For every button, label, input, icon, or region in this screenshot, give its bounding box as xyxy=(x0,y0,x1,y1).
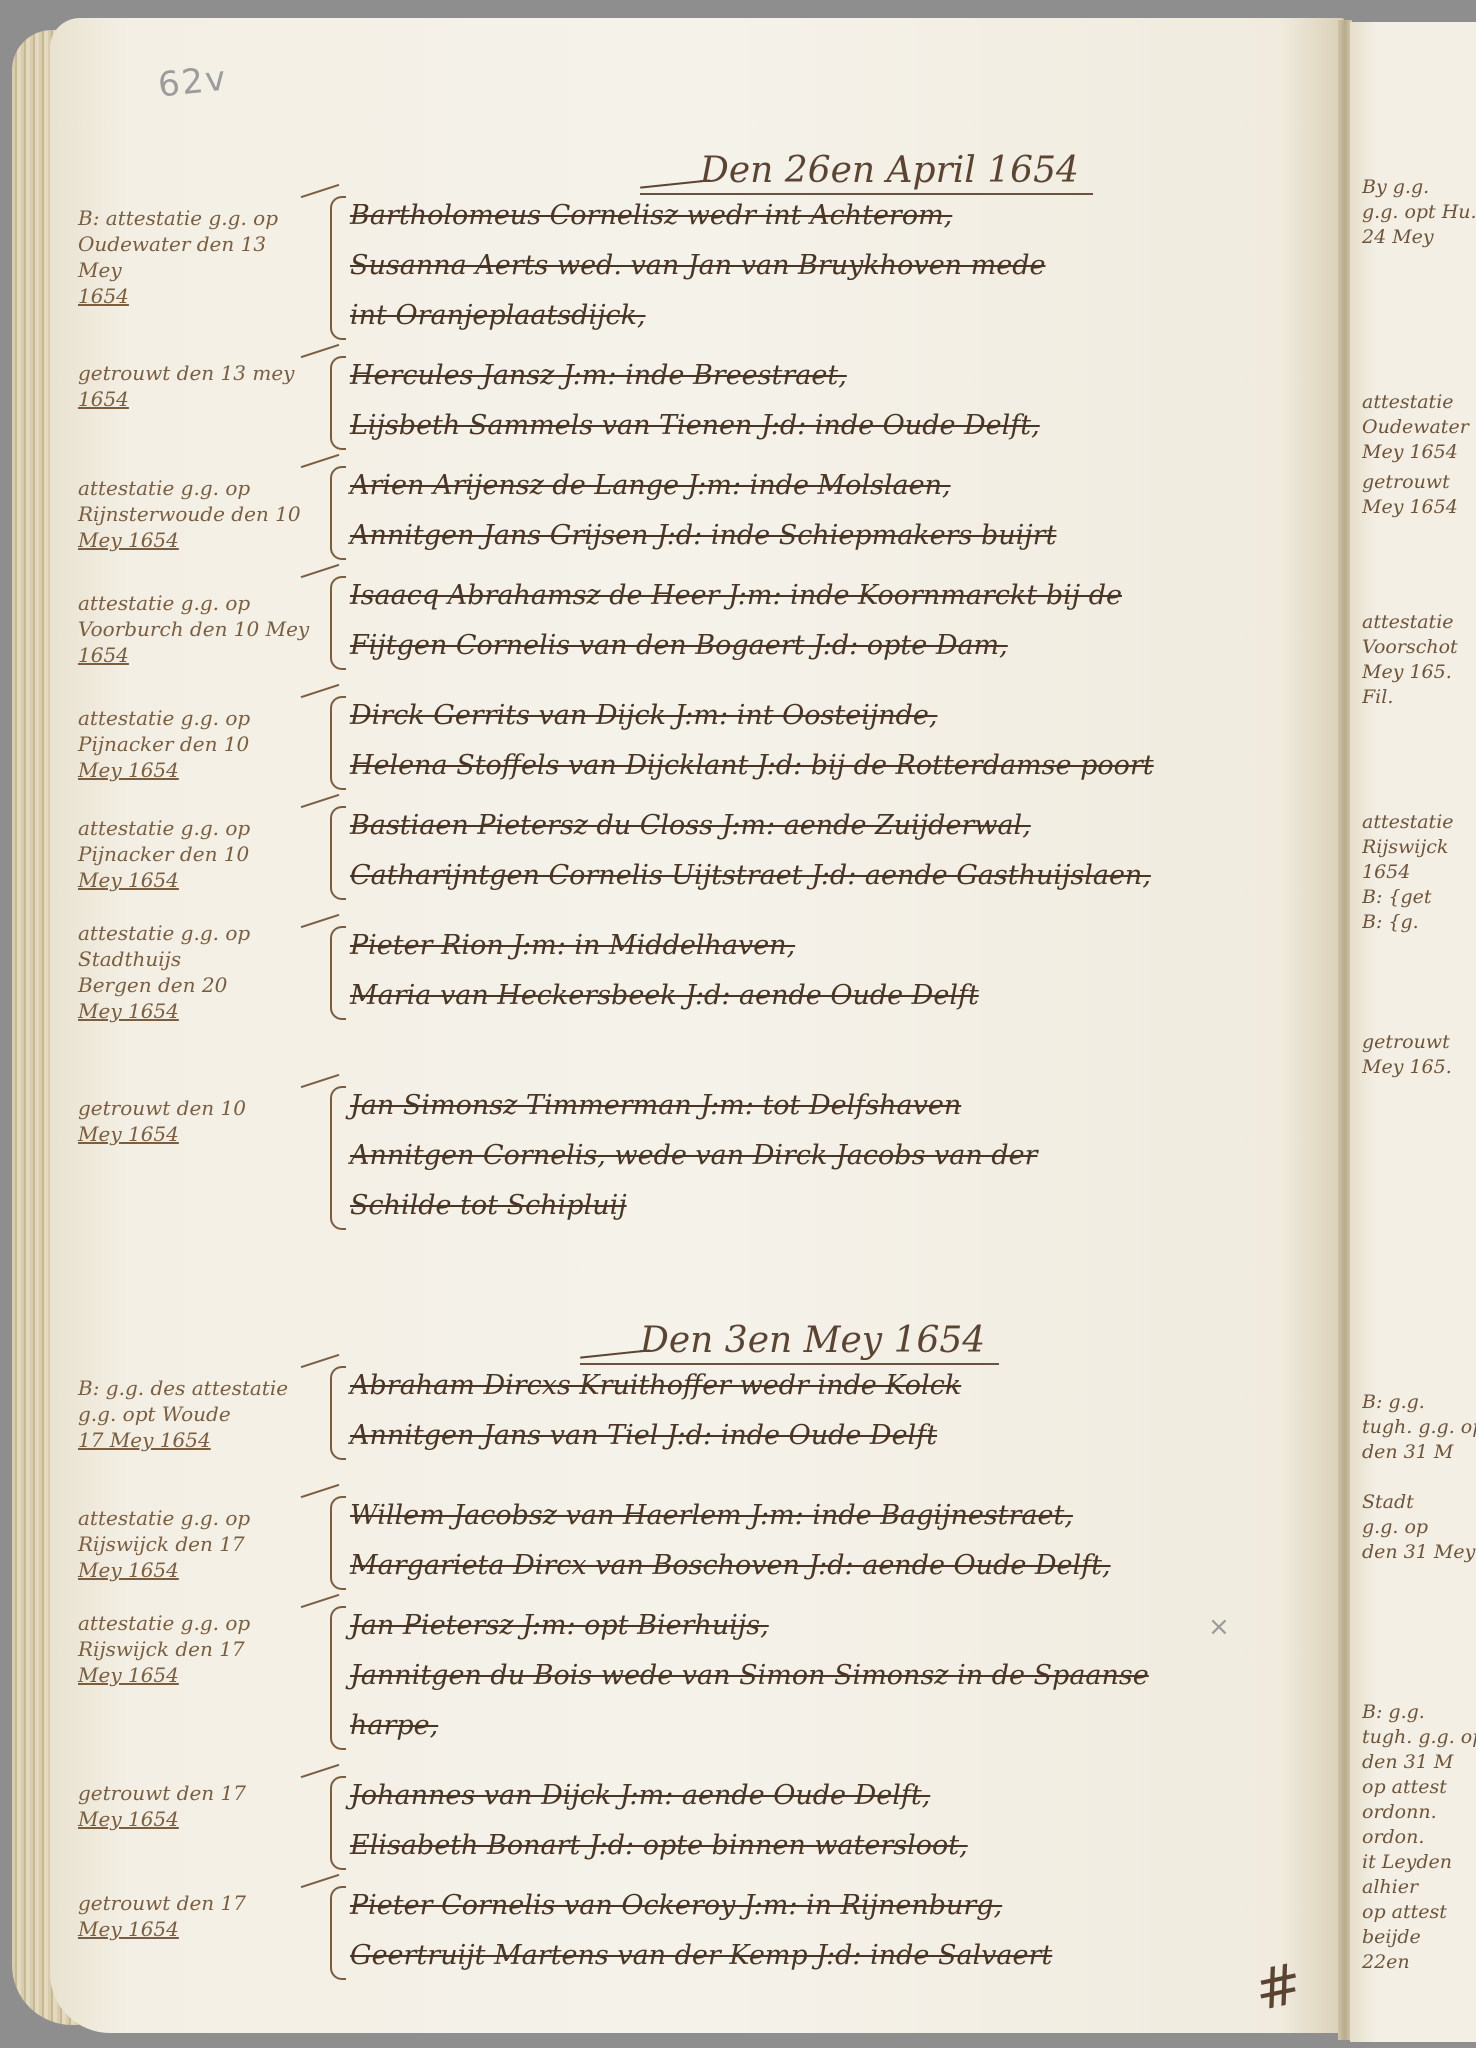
margin-note-line: Mey 1654 xyxy=(78,867,313,893)
margin-note: attestatie g.g. opVoorburch den 10 Mey16… xyxy=(78,590,313,668)
right-page-note-line: Mey 1654 xyxy=(1362,495,1476,520)
register-entry-line: Annitgen Jans van Tiel J:d: inde Oude De… xyxy=(350,1420,937,1451)
pencil-x-mark: × xyxy=(1208,1612,1230,1642)
margin-note-line: Mey 1654 xyxy=(78,1916,313,1942)
margin-note-line: 1654 xyxy=(78,386,313,412)
entry-bracket xyxy=(330,1366,346,1460)
entry-bracket xyxy=(330,356,346,450)
entry-bracket xyxy=(330,466,346,560)
right-page-note-line: getrouwt xyxy=(1362,470,1476,495)
right-page-note-line: B: g.g. xyxy=(1362,1390,1476,1415)
register-entry-line: Annitgen Cornelis, wede van Dirck Jacobs… xyxy=(350,1140,1038,1171)
register-entry-line: int Oranjeplaatsdijck, xyxy=(350,300,646,331)
margin-note: attestatie g.g. opRijnsterwoude den 10Me… xyxy=(78,475,313,553)
margin-note: attestatie g.g. opStadthuijsBergen den 2… xyxy=(78,920,313,1024)
right-page-note-line: Mey 165. xyxy=(1362,660,1476,685)
entry-bracket xyxy=(330,576,346,670)
right-page-note-line: Voorschot xyxy=(1362,635,1476,660)
register-entry-line: Geertruijt Martens van der Kemp J:d: ind… xyxy=(350,1940,1052,1971)
register-entry-line: Dirck Gerrits van Dijck J:m: int Oosteij… xyxy=(350,700,937,731)
margin-note-line: 1654 xyxy=(78,642,313,668)
manuscript-page-left xyxy=(50,18,1345,2033)
margin-note-line: getrouwt den 10 xyxy=(78,1095,313,1121)
register-entry-line: Annitgen Jans Grijsen J:d: inde Schiepma… xyxy=(350,520,1056,551)
register-entry-line: Willem Jacobsz van Haerlem J:m: inde Bag… xyxy=(350,1500,1073,1531)
register-entry-line: Johannes van Dijck J:m: aende Oude Delft… xyxy=(350,1780,930,1811)
register-entry-line: Lijsbeth Sammels van Tienen J:d: inde Ou… xyxy=(350,410,1040,441)
margin-note: getrouwt den 17Mey 1654 xyxy=(78,1890,313,1942)
register-entry-line: Arien Arijensz de Lange J:m: inde Molsla… xyxy=(350,470,951,501)
right-page-note-line: By g.g. xyxy=(1362,175,1476,200)
margin-note-line: Mey 1654 xyxy=(78,998,313,1024)
register-entry-line: Schilde tot Schipluij xyxy=(350,1190,627,1221)
right-page-note-line: attestatie xyxy=(1362,810,1476,835)
margin-note-line: attestatie g.g. op xyxy=(78,705,313,731)
margin-note-line: Mey 1654 xyxy=(78,1121,313,1147)
register-entry-line: harpe, xyxy=(350,1710,438,1741)
right-page-note-line: 24 Mey xyxy=(1362,225,1476,250)
register-entry-line: Jan Pietersz J:m: opt Bierhuijs, xyxy=(350,1610,769,1641)
right-page-margin-note: Stadtg.g. opden 31 Mey xyxy=(1362,1490,1476,1565)
register-entry-line: Abraham Dircxs Kruithoffer wedr inde Kol… xyxy=(350,1370,961,1401)
register-entry-line: Jan Simonsz Timmerman J:m: tot Delfshave… xyxy=(350,1090,961,1121)
right-page-note-line: 1654 xyxy=(1362,860,1476,885)
right-page-note-line: beijde xyxy=(1362,1925,1476,1950)
register-entry-line: Pieter Cornelis van Ockeroy J:m: in Rijn… xyxy=(350,1890,1002,1921)
margin-note-line: getrouwt den 17 xyxy=(78,1890,313,1916)
right-page-note-line: den 31 M xyxy=(1362,1440,1476,1465)
margin-note-line: Pijnacker den 10 xyxy=(78,731,313,757)
margin-note-line: B: attestatie g.g. op xyxy=(78,205,313,231)
margin-note-line: B: g.g. des attestatie xyxy=(78,1375,313,1401)
register-entry-line: Margarieta Dircx van Boschoven J:d: aend… xyxy=(350,1550,1111,1581)
right-page-note-line: B: {g. xyxy=(1362,910,1476,935)
section-heading: Den 26en April 1654 xyxy=(640,150,1093,195)
margin-note-line: attestatie g.g. op xyxy=(78,475,313,501)
margin-note-line: Oudewater den 13 Mey xyxy=(78,231,313,283)
margin-note-line: attestatie g.g. op xyxy=(78,815,313,841)
right-page-note-line: Stadt xyxy=(1362,1490,1476,1515)
right-page-note-line: 22en xyxy=(1362,1950,1476,1975)
right-page-note-line: Oudewater xyxy=(1362,415,1476,440)
margin-note-line: Mey 1654 xyxy=(78,1662,313,1688)
right-page-note-line: op attest xyxy=(1362,1900,1476,1925)
margin-note-line: Mey 1654 xyxy=(78,1557,313,1583)
right-page-note-line: den 31 Mey xyxy=(1362,1540,1476,1565)
section-heading: Den 3en Mey 1654 xyxy=(580,1320,999,1365)
right-page-margin-note: attestatieOudewaterMey 1654 xyxy=(1362,390,1476,465)
right-page-margin-note: By g.g.g.g. opt Hu...24 Mey xyxy=(1362,175,1476,250)
margin-note-line: getrouwt den 17 xyxy=(78,1780,313,1806)
right-page-note-line: Fil. xyxy=(1362,685,1476,710)
margin-note-line: Mey 1654 xyxy=(78,757,313,783)
right-page-note-line: g.g. op xyxy=(1362,1515,1476,1540)
right-page-margin-note: attestatieRijswijck1654B: {getB: {g. xyxy=(1362,810,1476,935)
right-page-margin-note: B: g.g.tugh. g.g. opden 31 Mop attestord… xyxy=(1362,1700,1476,1975)
margin-note-line: g.g. opt Woude xyxy=(78,1401,313,1427)
right-page-margin-note: getrouwtMey 165. xyxy=(1362,1030,1476,1080)
right-page-note-line: op attest xyxy=(1362,1775,1476,1800)
folio-number: 62v xyxy=(156,58,229,105)
right-page-margin-note: attestatieVoorschotMey 165.Fil. xyxy=(1362,610,1476,710)
right-page-note-line: den 31 M xyxy=(1362,1750,1476,1775)
margin-note: attestatie g.g. opRijswijck den 17Mey 16… xyxy=(78,1610,313,1688)
margin-note-line: 1654 xyxy=(78,283,313,309)
margin-note-line: 17 Mey 1654 xyxy=(78,1427,313,1453)
right-page-note-line: B: g.g. xyxy=(1362,1700,1476,1725)
register-entry-line: Helena Stoffels van Dijcklant J:d: bij d… xyxy=(350,750,1154,781)
margin-note: getrouwt den 10Mey 1654 xyxy=(78,1095,313,1147)
entry-bracket xyxy=(330,1886,346,1980)
right-page-note-line: Mey 1654 xyxy=(1362,440,1476,465)
entry-bracket xyxy=(330,696,346,790)
margin-note: attestatie g.g. opPijnacker den 10Mey 16… xyxy=(78,815,313,893)
margin-note-line: Pijnacker den 10 xyxy=(78,841,313,867)
register-entry-line: Bastiaen Pietersz du Closs J:m: aende Zu… xyxy=(350,810,1031,841)
right-page-margin-note: getrouwtMey 1654 xyxy=(1362,470,1476,520)
margin-note: B: attestatie g.g. opOudewater den 13 Me… xyxy=(78,205,313,309)
margin-note-line: Rijnsterwoude den 10 xyxy=(78,501,313,527)
right-page-note-line: g.g. opt Hu... xyxy=(1362,200,1476,225)
entry-bracket xyxy=(330,1086,346,1230)
entry-bracket xyxy=(330,1776,346,1870)
margin-note-line: Bergen den 20 xyxy=(78,972,313,998)
right-page-margin-note: B: g.g.tugh. g.g. opden 31 M xyxy=(1362,1390,1476,1465)
right-page-note-line: getrouwt xyxy=(1362,1030,1476,1055)
entry-bracket xyxy=(330,196,346,340)
register-entry-line: Catharijntgen Cornelis Uijtstraet J:d: a… xyxy=(350,860,1151,891)
margin-note-line: attestatie g.g. op xyxy=(78,920,313,946)
right-page-note-line: Rijswijck xyxy=(1362,835,1476,860)
register-entry-line: Isaacq Abrahamsz de Heer J:m: inde Koorn… xyxy=(350,580,1122,611)
register-entry-line: Fijtgen Cornelis van den Bogaert J:d: op… xyxy=(350,630,1008,661)
margin-note-line: attestatie g.g. op xyxy=(78,1505,313,1531)
right-page-note-line: Mey 165. xyxy=(1362,1055,1476,1080)
margin-note-line: Stadthuijs xyxy=(78,946,313,972)
margin-note-line: Rijswijck den 17 xyxy=(78,1531,313,1557)
margin-note: getrouwt den 13 mey1654 xyxy=(78,360,313,412)
margin-note-line: Mey 1654 xyxy=(78,1806,313,1832)
margin-note-line: Mey 1654 xyxy=(78,527,313,553)
margin-note-line: Rijswijck den 17 xyxy=(78,1636,313,1662)
register-entry-line: Elisabeth Bonart J:d: opte binnen waters… xyxy=(350,1830,968,1861)
right-page-note-line: alhier xyxy=(1362,1875,1476,1900)
entry-bracket xyxy=(330,806,346,900)
entry-bracket xyxy=(330,1606,346,1750)
margin-note: B: g.g. des attestatieg.g. opt Woude17 M… xyxy=(78,1375,313,1453)
register-entry-line: Maria van Heckersbeek J:d: aende Oude De… xyxy=(350,980,979,1011)
margin-note-line: attestatie g.g. op xyxy=(78,1610,313,1636)
entry-bracket xyxy=(330,926,346,1020)
right-page-note-line: ordonn. xyxy=(1362,1800,1476,1825)
margin-note-line: attestatie g.g. op xyxy=(78,590,313,616)
entry-bracket xyxy=(330,1496,346,1590)
register-entry-line: Susanna Aerts wed. van Jan van Bruykhove… xyxy=(350,250,1046,281)
margin-note: getrouwt den 17Mey 1654 xyxy=(78,1780,313,1832)
right-page-note-line: attestatie xyxy=(1362,610,1476,635)
right-page-note-line: it Leyden xyxy=(1362,1850,1476,1875)
margin-note-line: Voorburch den 10 Mey xyxy=(78,616,313,642)
register-entry-line: Bartholomeus Cornelisz wedr int Achterom… xyxy=(350,200,952,231)
right-page-note-line: tugh. g.g. op xyxy=(1362,1725,1476,1750)
margin-note: attestatie g.g. opPijnacker den 10Mey 16… xyxy=(78,705,313,783)
right-page-note-line: ordon. xyxy=(1362,1825,1476,1850)
right-page-note-line: B: {get xyxy=(1362,885,1476,910)
right-page-note-line: tugh. g.g. op xyxy=(1362,1415,1476,1440)
right-page-note-line: attestatie xyxy=(1362,390,1476,415)
register-entry-line: Hercules Jansz J:m: inde Breestraet, xyxy=(350,360,847,391)
margin-note-line: getrouwt den 13 mey xyxy=(78,360,313,386)
register-entry-line: Jannitgen du Bois wede van Simon Simonsz… xyxy=(350,1660,1149,1691)
margin-note: attestatie g.g. opRijswijck den 17Mey 16… xyxy=(78,1505,313,1583)
register-entry-line: Pieter Rion J:m: in Middelhaven, xyxy=(350,930,795,961)
